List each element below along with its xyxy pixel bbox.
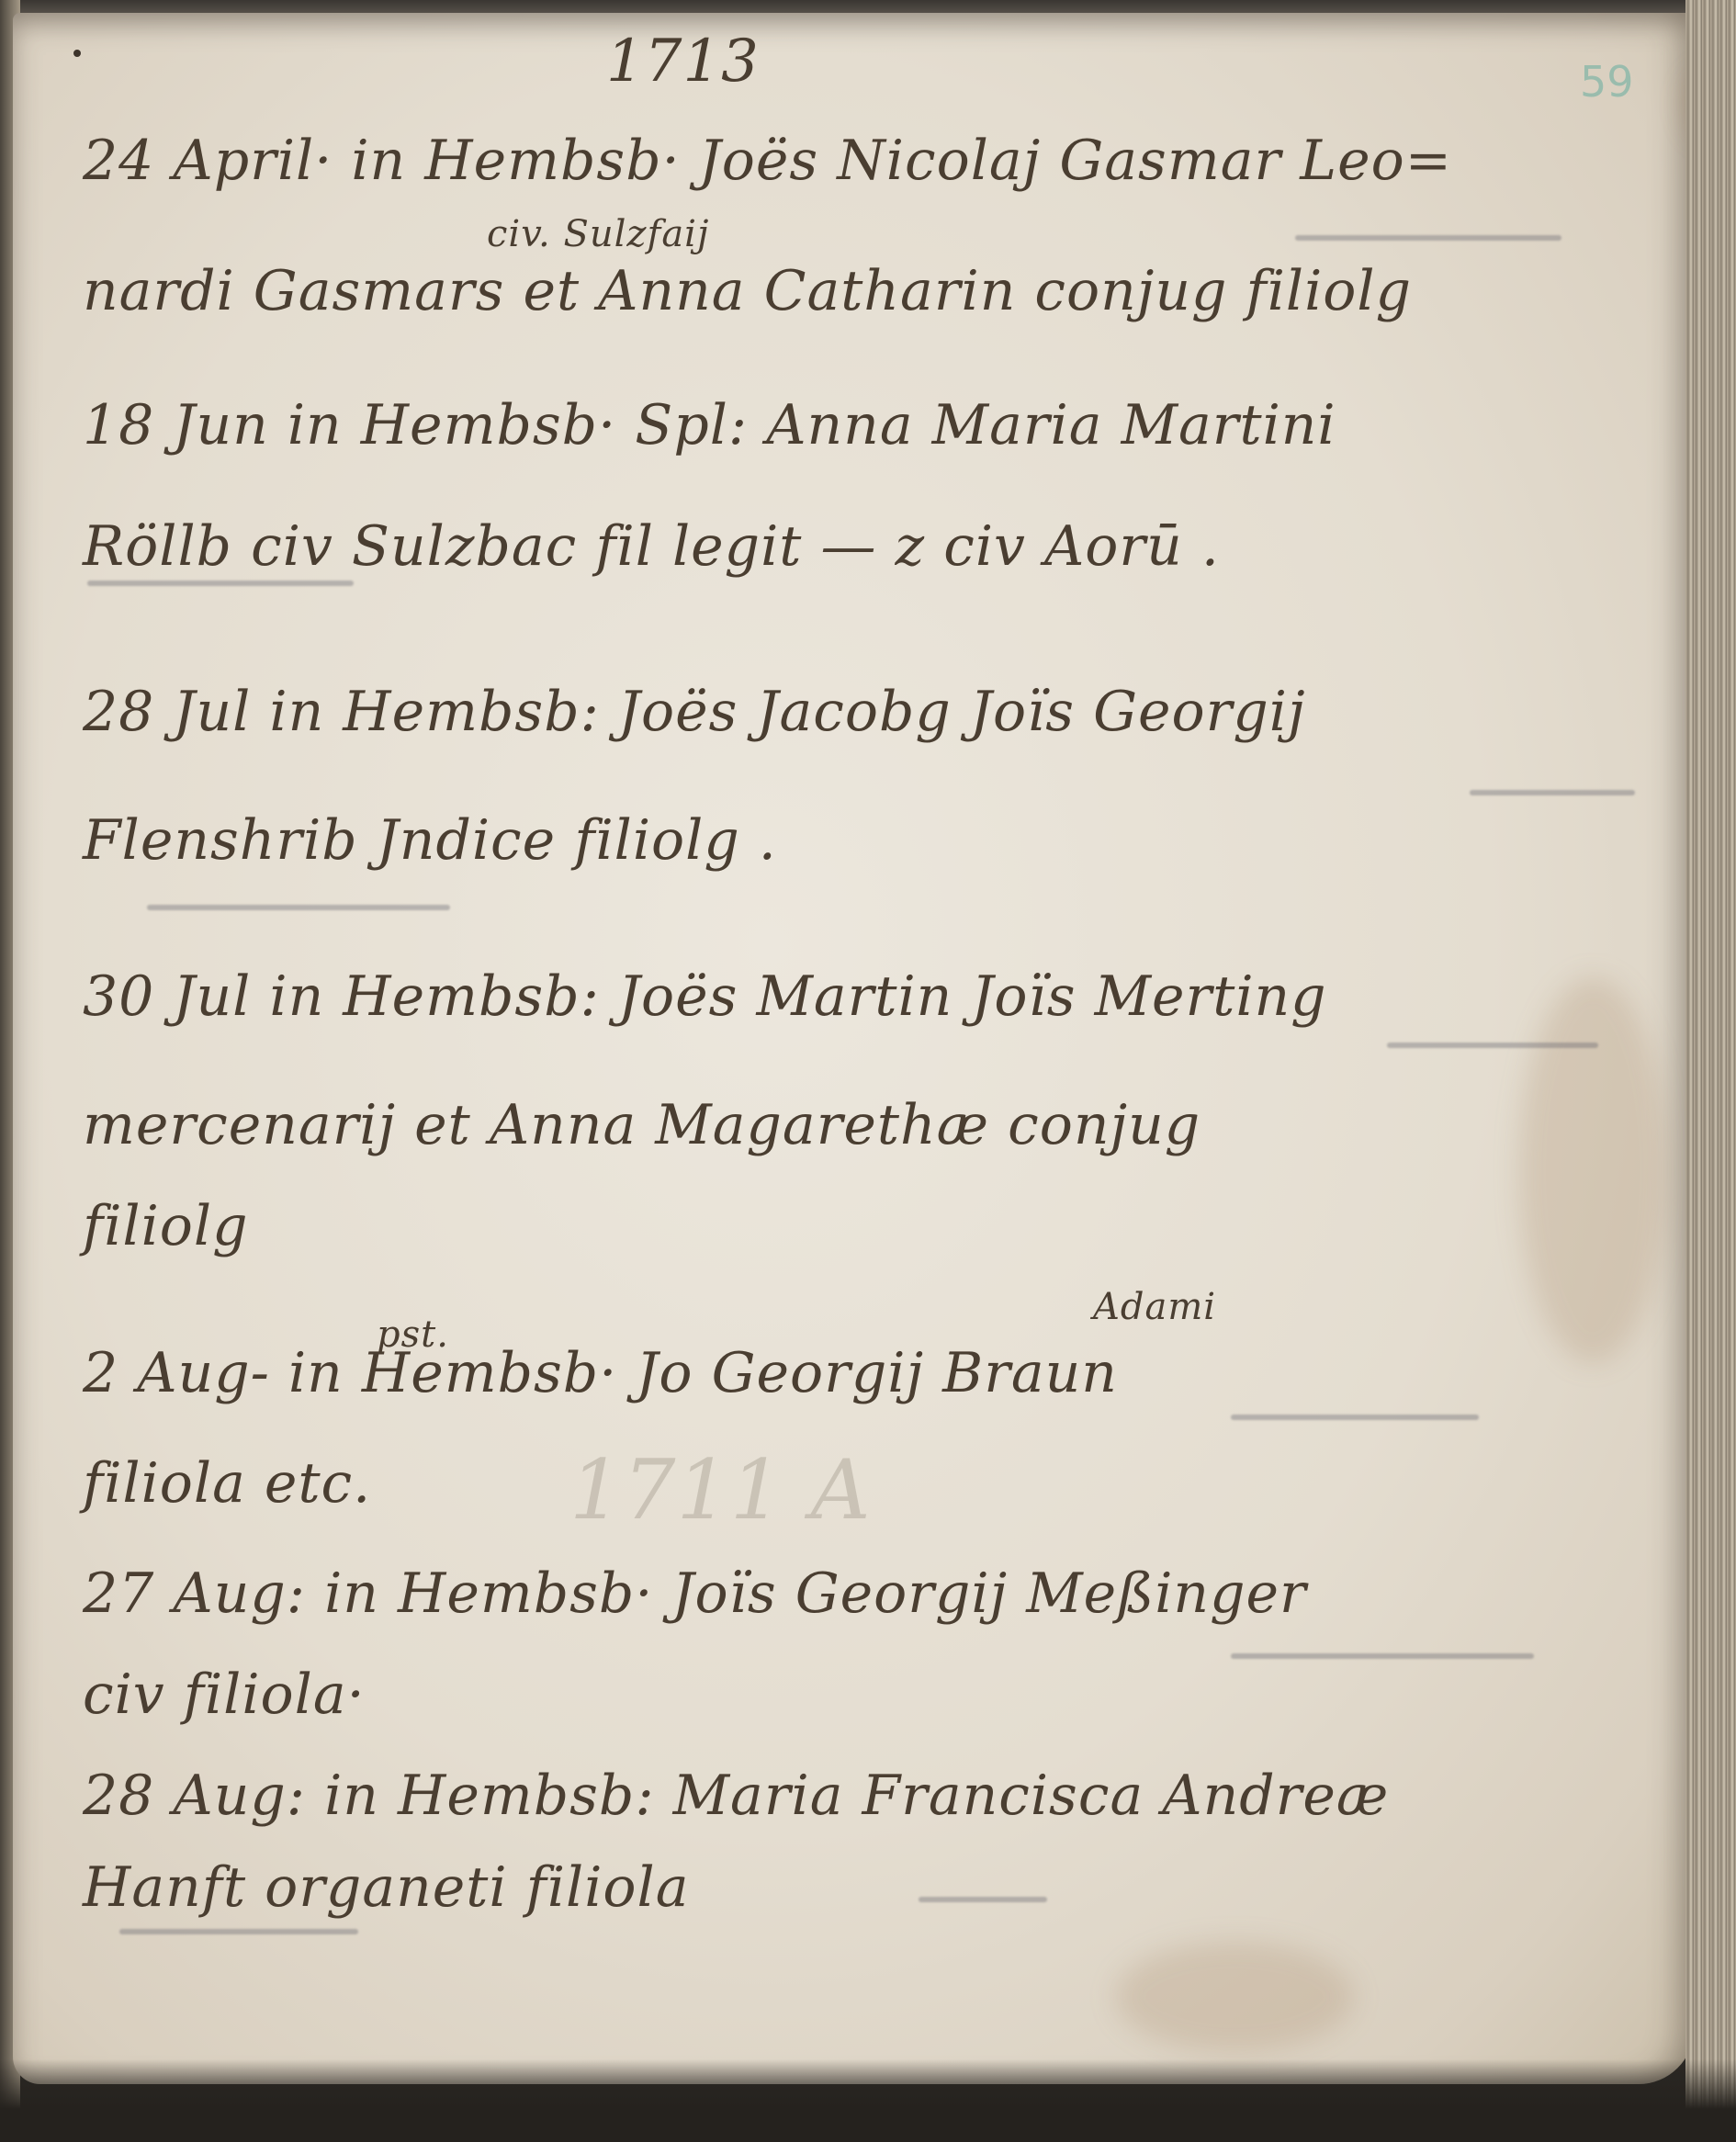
underline-mark <box>1470 790 1635 795</box>
water-stain <box>1115 1942 1354 2052</box>
water-stain <box>1519 977 1666 1363</box>
underline-mark <box>119 1929 358 1934</box>
underline-mark <box>1231 1653 1534 1659</box>
book-bottom-edge <box>0 2059 1736 2142</box>
year-heading: 1713 <box>606 28 760 96</box>
entry-line: 30 Jul in Hembsb: Joës Martin Joïs Merti… <box>83 964 1327 1029</box>
underline-mark <box>1387 1043 1598 1048</box>
entry-line: 28 Jul in Hembsb: Joës Jacobg Joïs Georg… <box>83 680 1306 744</box>
entry-line: civ filiola· <box>83 1663 366 1727</box>
folio-number: 59 <box>1580 57 1634 107</box>
entry-line: 28 Aug: in Hembsb: Maria Francisca Andre… <box>83 1764 1389 1828</box>
underline-mark <box>1295 235 1561 241</box>
entry-line: filiola etc. <box>83 1451 371 1516</box>
entry-line: filiolg <box>83 1194 249 1258</box>
entry-line: 24 April· in Hembsb· Joës Nicolaj Gasmar… <box>83 129 1452 193</box>
page-stack-edge <box>1685 0 1736 2142</box>
underline-mark <box>919 1897 1047 1902</box>
faint-marginal-number: 1711 A <box>569 1442 872 1539</box>
underline-mark <box>1231 1415 1479 1420</box>
entry-line: nardi Gasmars et Anna Catharin conjug fi… <box>83 259 1412 323</box>
entry-line: 2 Aug- in Hembsb· Jo Georgij Braun <box>83 1341 1118 1405</box>
entry-line: Hanft organeti filiola <box>83 1855 690 1920</box>
interlinear-note: Adami <box>1093 1286 1216 1328</box>
entry-line: mercenarij et Anna Magarethæ conjug <box>83 1093 1201 1157</box>
ink-dot <box>73 50 81 57</box>
underline-mark <box>147 905 450 910</box>
entry-line: Röllb civ Sulzbac fil legit — z civ Aorū… <box>83 514 1220 579</box>
underline-mark <box>87 581 354 586</box>
interlinear-note: civ. Sulzfaij <box>487 213 709 255</box>
entry-line: 27 Aug: in Hembsb· Joïs Georgij Meßinger <box>83 1561 1307 1626</box>
entry-line: Flenshrib Jndice filiolg . <box>83 808 777 873</box>
entry-line: 18 Jun in Hembsb· Spl: Anna Maria Martin… <box>83 393 1336 457</box>
